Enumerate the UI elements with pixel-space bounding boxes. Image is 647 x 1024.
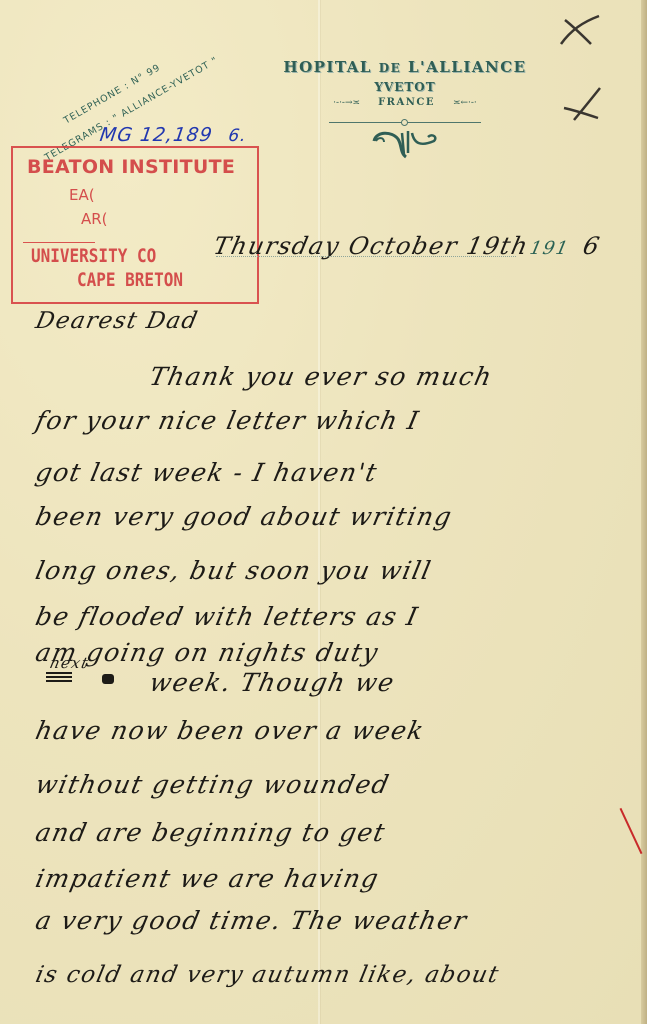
letterhead-title-part: L'ALLIANCE bbox=[408, 58, 527, 76]
stamp-rule bbox=[23, 242, 95, 243]
arrow-right-ornament-icon: ·-·-→≍ bbox=[333, 98, 360, 108]
letter-line: impatient we are having bbox=[33, 864, 382, 893]
inserted-word: next bbox=[48, 654, 91, 672]
letterhead-country: FRANCE bbox=[378, 97, 435, 108]
scroll-ornament-icon bbox=[370, 125, 440, 161]
letter-line: long ones, but soon you will bbox=[33, 556, 435, 585]
accession-suffix: 6. bbox=[227, 126, 248, 146]
cross-mark-icon bbox=[555, 10, 605, 50]
letter-line: got last week - I haven't bbox=[33, 458, 381, 487]
stamp-line-1: BEATON INSTITUTE bbox=[27, 156, 235, 178]
letter-line: is cold and very autumn like, about bbox=[33, 962, 502, 988]
letter-line: been very good about writing bbox=[33, 502, 455, 531]
accession-value: MG 12,189 bbox=[98, 124, 214, 146]
stamp-line-2: EA( bbox=[69, 186, 95, 204]
paper-edge bbox=[641, 0, 647, 1024]
letterhead-rule bbox=[329, 122, 481, 123]
stamp-line-3: AR( bbox=[81, 210, 108, 228]
struck-out-word bbox=[46, 672, 72, 682]
archive-stamp: BEATON INSTITUTE EA( AR( UNIVERSITY CO C… bbox=[11, 146, 259, 304]
letterhead-title: HOPITAL DE L'ALLIANCE bbox=[220, 58, 590, 76]
letter-line: and are beginning to get bbox=[33, 818, 389, 847]
letter-line: without getting wounded bbox=[33, 770, 393, 799]
letterhead: HOPITAL DE L'ALLIANCE YVETOT ·-·-→≍ FRAN… bbox=[220, 58, 590, 161]
letterhead-title-part: DE bbox=[379, 61, 402, 75]
rule-dot-icon bbox=[401, 119, 408, 126]
ink-blot bbox=[102, 674, 114, 684]
stamp-line-4: UNIVERSITY CO bbox=[31, 245, 156, 267]
accession-number: MG 12,1896. bbox=[98, 124, 248, 146]
stamp-line-5: CAPE BRETON bbox=[77, 269, 183, 291]
letter-line: week. Though we bbox=[147, 668, 398, 697]
printed-year: 191 bbox=[528, 238, 571, 259]
letter-line: have now been over a week bbox=[33, 716, 428, 745]
check-mark-icon bbox=[560, 84, 610, 124]
letterhead-town: YVETOT bbox=[220, 80, 590, 94]
letterhead-country-row: ·-·-→≍ FRANCE ≍←·-· bbox=[220, 97, 590, 108]
letter-line: for your nice letter which I bbox=[33, 406, 422, 435]
date-dotted-line bbox=[216, 256, 516, 257]
letter-line: be flooded with letters as I bbox=[33, 602, 421, 631]
letter-line: a very good time. The weather bbox=[33, 906, 470, 935]
arrow-left-ornament-icon: ≍←·-· bbox=[453, 98, 477, 108]
letterhead-title-part: HOPITAL bbox=[283, 58, 372, 76]
letter-line: Thank you ever so much bbox=[147, 362, 496, 391]
salutation: Dearest Dad bbox=[33, 308, 201, 334]
